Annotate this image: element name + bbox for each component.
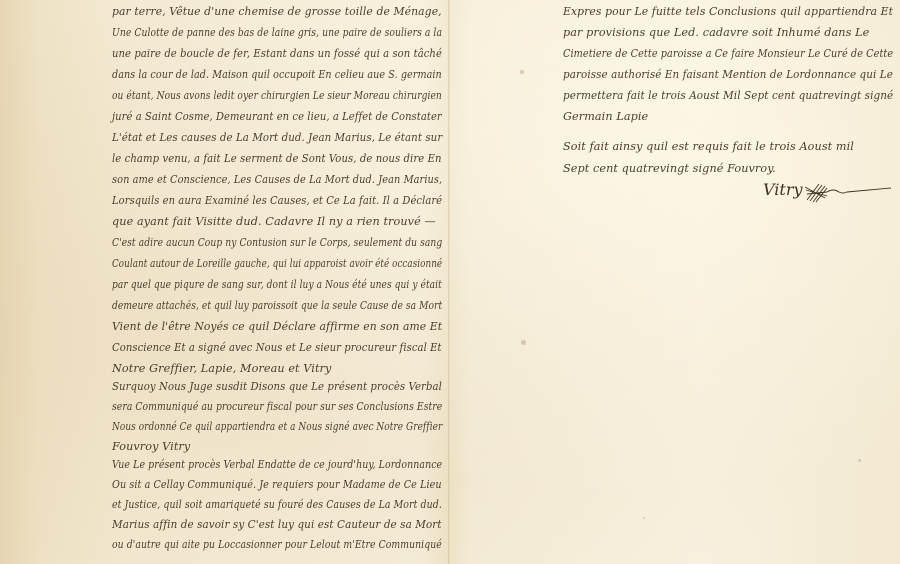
manuscript-line: L'état et Les causes de La Mort dud. Jea… xyxy=(112,131,413,144)
manuscript-line: Germain Lapie xyxy=(563,110,893,123)
manuscript-line: Soit fait ainsy quil est requis fait le … xyxy=(563,140,893,153)
manuscript-line: demeure attachés, et quil luy paroissoit… xyxy=(112,299,380,312)
manuscript-line: par quel que piqure de sang sur, dont il… xyxy=(112,278,379,291)
manuscript-line: Expres pour Le fuitte tels Conclusions q… xyxy=(563,5,881,18)
left-page: par terre, Vêtue d'une chemise de grosse… xyxy=(0,0,449,564)
manuscript-line: Vue Le présent procès Verbal Endatte de … xyxy=(112,458,389,471)
manuscript-line: Coulant autour de Loreille gauche, qui l… xyxy=(112,257,370,270)
paper-speck xyxy=(858,459,861,462)
paper-speck xyxy=(520,70,524,74)
manuscript-line: sera Communiqué au procureur fiscal pour… xyxy=(112,400,384,413)
manuscript-line: Cimetiere de Cette paroisse a Ce faire M… xyxy=(563,47,848,60)
manuscript-line: que ayant fait Visitte dud. Cadavre Il n… xyxy=(112,215,442,228)
manuscript-line: le champ venu, a fait Le serment de Sont… xyxy=(112,152,409,165)
manuscript-line: Marius affin de savoir sy C'est luy qui … xyxy=(112,518,418,531)
paper-speck xyxy=(643,517,645,519)
manuscript-line: Notre Greffier, Lapie, Moreau et Vitry xyxy=(112,362,442,375)
manuscript-line: Conscience Et a signé avec Nous et Le si… xyxy=(112,341,407,354)
signature: Vitry xyxy=(763,180,803,199)
manuscript-line: Surquoy Nous Juge susdit Disons que Le p… xyxy=(112,380,410,393)
manuscript-line: Vient de l'être Noyés ce quil Déclare af… xyxy=(112,320,429,333)
manuscript-line: C'est adire aucun Coup ny Contusion sur … xyxy=(112,236,382,249)
manuscript-line: ou étant, Nous avons ledit oyer chirurgi… xyxy=(112,89,379,102)
manuscript-line: par terre, Vêtue d'une chemise de grosse… xyxy=(112,5,430,18)
right-page: Expres pour Le fuitte tels Conclusions q… xyxy=(451,0,900,564)
manuscript-line: ou d'autre qui aite pu Loccasionner pour… xyxy=(112,538,385,551)
paper-speck xyxy=(521,340,526,345)
manuscript-line: et Justice, quil soit amariqueté su four… xyxy=(112,498,389,511)
manuscript-line: juré a Saint Cosme, Demeurant en ce lieu… xyxy=(112,110,405,123)
manuscript-line: son ame et Conscience, Les Causes de La … xyxy=(112,173,400,186)
manuscript-line: une paire de boucle de fer, Estant dans … xyxy=(112,47,407,60)
manuscript-spread: par terre, Vêtue d'une chemise de grosse… xyxy=(0,0,900,564)
manuscript-line: par provisions que Led. cadavre soit Inh… xyxy=(563,26,893,39)
manuscript-line: Lorsquils en aura Examiné les Causes, et… xyxy=(112,194,405,207)
manuscript-line: Ou sit a Cellay Communiqué. Je requiers … xyxy=(112,478,395,491)
manuscript-line: Fouvroy Vitry xyxy=(112,440,442,453)
manuscript-line: Une Culotte de panne des bas de laine gr… xyxy=(112,26,383,39)
manuscript-line: paroisse authorisé En faisant Mention de… xyxy=(563,68,868,81)
manuscript-line: Nous ordonné Ce quil appartiendra et a N… xyxy=(112,420,375,433)
signature-flourish-icon xyxy=(803,178,893,208)
manuscript-line: permettera fait le trois Aoust Mil Sept … xyxy=(563,89,870,102)
manuscript-line: Sept cent quatrevingt signé Fouvroy. xyxy=(563,162,893,175)
manuscript-line: dans la cour de lad. Maison quil occupoi… xyxy=(112,68,394,81)
